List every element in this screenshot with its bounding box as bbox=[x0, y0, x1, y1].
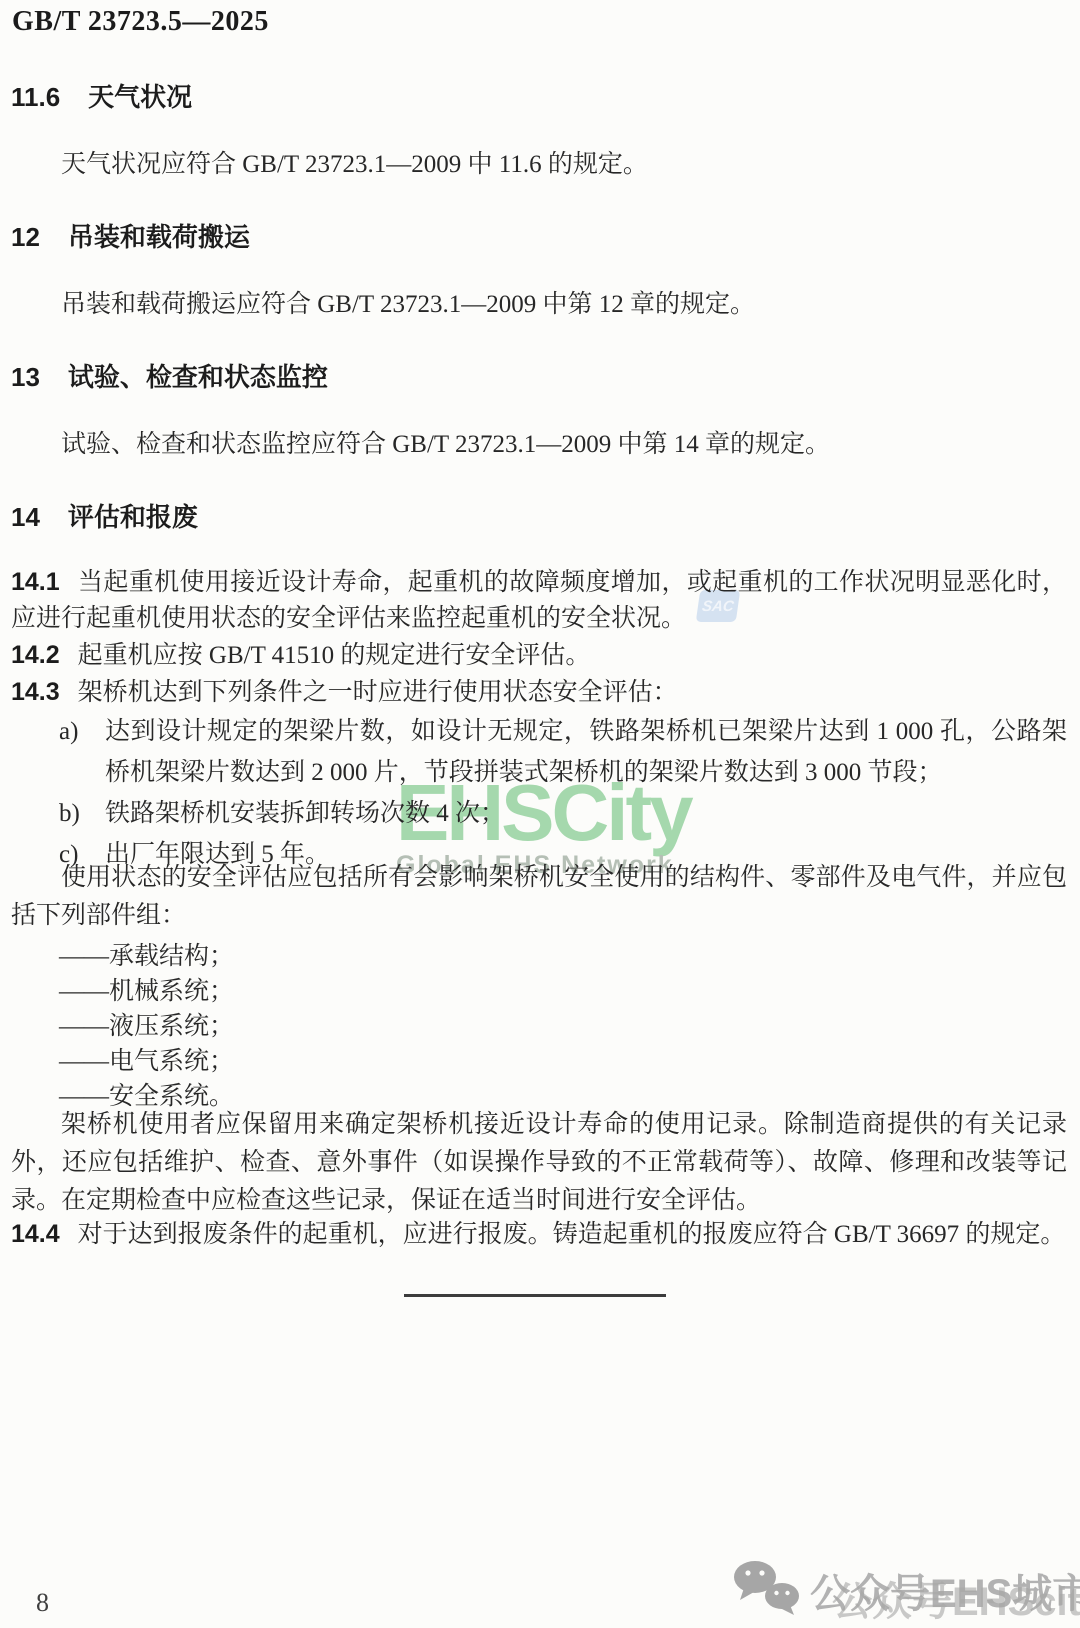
heading-number: 13 bbox=[11, 362, 40, 392]
list-item-a: a)达到设计规定的架梁片数，如设计无规定，铁路架桥机已架梁片达到 1 000 孔… bbox=[11, 711, 1067, 793]
wechat-watermark: 公众号EHScity 公众号EHS城市 bbox=[732, 1556, 1072, 1622]
section-heading-13: 13试验、检查和状态监控 bbox=[11, 360, 1067, 394]
clause-14.2: 14.2起重机应按 GB/T 41510 的规定进行安全评估。 bbox=[11, 637, 1067, 674]
clause-14.3: 14.3架桥机达到下列条件之一时应进行使用状态安全评估： bbox=[11, 674, 1067, 711]
heading-number: 12 bbox=[11, 222, 40, 252]
clause-number: 14.3 bbox=[11, 678, 60, 706]
clause-number: 14.2 bbox=[11, 641, 60, 669]
list-item-text: 达到设计规定的架梁片数，如设计无规定，铁路架桥机已架梁片达到 1 000 孔，公… bbox=[105, 718, 1067, 786]
dash-item: ——承载结构； bbox=[11, 939, 1067, 974]
wechat-watermark-text-front: 公众号EHS城市 bbox=[810, 1562, 1080, 1619]
clause-number: 14.4 bbox=[11, 1220, 60, 1248]
heading-number: 14 bbox=[11, 502, 40, 532]
document-content: 11.6天气状况天气状况应符合 GB/T 23723.1—2009 中 11.6… bbox=[11, 76, 1067, 1253]
standard-number-header: GB/T 23723.5—2025 bbox=[12, 6, 269, 38]
section-heading-14: 14评估和报废 bbox=[11, 500, 1067, 534]
dash-item: ——电气系统； bbox=[11, 1044, 1067, 1079]
section-heading-11.6: 11.6天气状况 bbox=[11, 80, 1067, 114]
list-item-marker: a) bbox=[59, 711, 78, 752]
heading-number: 11.6 bbox=[11, 82, 60, 112]
heading-title: 试验、检查和状态监控 bbox=[68, 362, 328, 392]
paragraph: 试验、检查和状态监控应符合 GB/T 23723.1—2009 中第 14 章的… bbox=[11, 426, 1067, 464]
wechat-icon bbox=[732, 1560, 804, 1618]
dash-item: ——机械系统； bbox=[11, 974, 1067, 1009]
dash-item: ——液压系统； bbox=[11, 1009, 1067, 1044]
list-item-marker: b) bbox=[59, 793, 80, 834]
paragraph: 吊装和载荷搬运应符合 GB/T 23723.1—2009 中第 12 章的规定。 bbox=[11, 286, 1067, 324]
paragraph: 天气状况应符合 GB/T 23723.1—2009 中 11.6 的规定。 bbox=[11, 146, 1067, 184]
clause-14.4: 14.4对于达到报废条件的起重机，应进行报废。铸造起重机的报废应符合 GB/T … bbox=[11, 1216, 1067, 1253]
list-item-b: b)铁路架桥机安装拆卸转场次数 4 次； bbox=[11, 793, 1067, 834]
clause-14.1: 14.1当起重机使用接近设计寿命，起重机的故障频度增加，或起重机的工作状况明显恶… bbox=[11, 564, 1067, 637]
paragraph: 架桥机使用者应保留用来确定架桥机接近设计寿命的使用记录。除制造商提供的有关记录外… bbox=[11, 1106, 1067, 1220]
heading-title: 评估和报废 bbox=[68, 502, 198, 532]
list-item-marker: c) bbox=[59, 834, 78, 875]
page-number: 8 bbox=[36, 1588, 49, 1618]
list-item-c: c)出厂年限达到 5 年。 bbox=[11, 834, 1067, 875]
list-item-text: 铁路架桥机安装拆卸转场次数 4 次； bbox=[105, 800, 505, 827]
heading-title: 吊装和载荷搬运 bbox=[68, 222, 250, 252]
document-page: GB/T 23723.5—2025 11.6天气状况天气状况应符合 GB/T 2… bbox=[0, 0, 1080, 1628]
clause-number: 14.1 bbox=[11, 568, 60, 596]
heading-title: 天气状况 bbox=[88, 82, 192, 112]
list-item-text: 出厂年限达到 5 年。 bbox=[105, 841, 330, 868]
section-heading-12: 12吊装和载荷搬运 bbox=[11, 220, 1067, 254]
end-of-text-rule bbox=[404, 1294, 666, 1297]
